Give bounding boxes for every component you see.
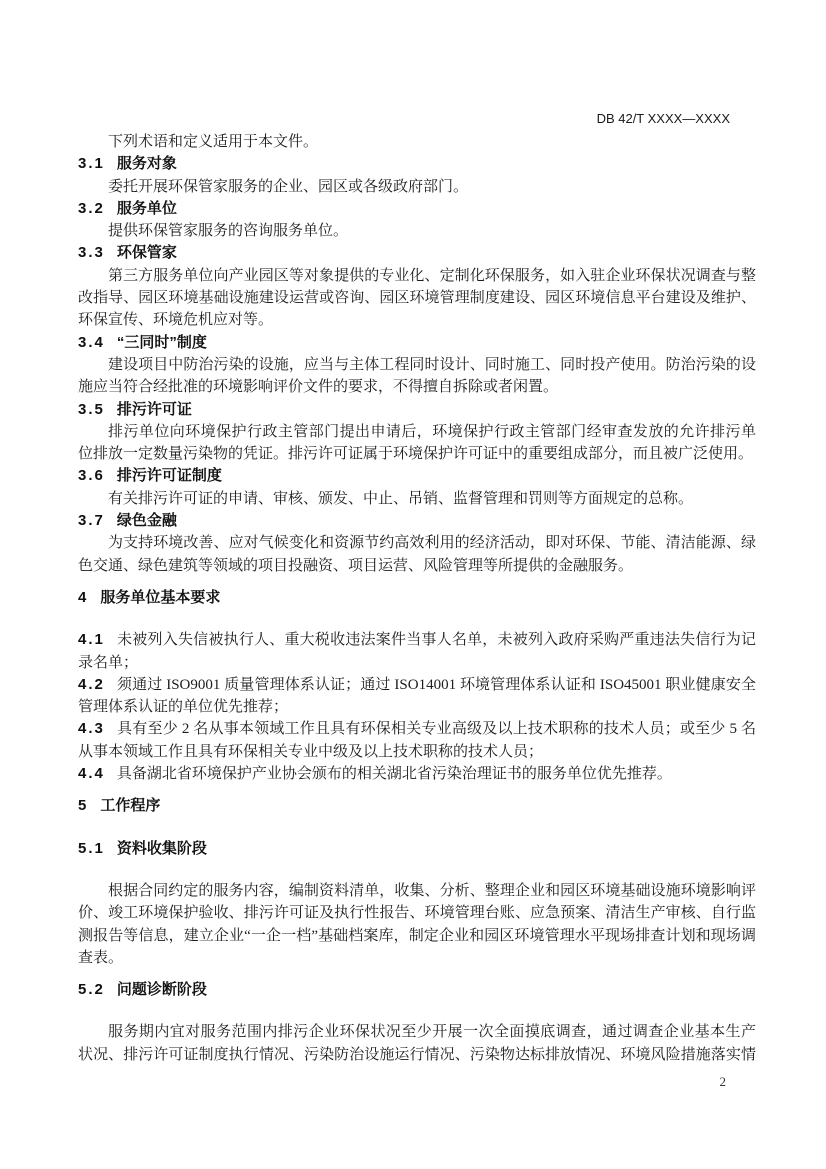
term-number: 3.5 bbox=[78, 401, 105, 418]
term-heading-3-2: 3.2服务单位 bbox=[78, 198, 756, 220]
term-heading-3-1: 3.1服务对象 bbox=[78, 153, 756, 175]
clause-4-2-line: 管理体系认证的单位优先推荐； bbox=[78, 696, 756, 718]
term-definition-line: 环保宣传、环境危机应对等。 bbox=[78, 309, 756, 331]
page-number: 2 bbox=[0, 1074, 826, 1090]
document-body: 下列术语和定义适用于本文件。 3.1服务对象 委托开展环保管家服务的企业、园区或… bbox=[78, 131, 756, 1066]
term-number: 3.6 bbox=[78, 467, 105, 484]
document-page: DB 42/T XXXX—XXXX 下列术语和定义适用于本文件。 3.1服务对象… bbox=[0, 0, 826, 1169]
term-heading-3-3: 3.3环保管家 bbox=[78, 242, 756, 264]
term-heading-3-4: 3.4“三同时”制度 bbox=[78, 332, 756, 354]
term-definition-line: 为支持环境改善、应对气候变化和资源节约高效利用的经济活动，即对环保、节能、清洁能… bbox=[78, 532, 756, 554]
term-title: 服务对象 bbox=[117, 155, 177, 172]
term-definition-line: 建设项目中防治污染的设施，应当与主体工程同时设计、同时施工、同时投产使用。防治污… bbox=[78, 354, 756, 376]
clause-number: 4.2 bbox=[78, 676, 105, 693]
term-definition-line: 改指导、园区环境基础设施建设运营或咨询、园区环境管理制度建设、园区环境信息平台建… bbox=[78, 287, 756, 309]
clause-4-3-line: 4.3具有至少 2 名从事本领域工作且具有环保相关专业高级及以上技术职称的技术人… bbox=[78, 718, 756, 740]
subsection-title: 资料收集阶段 bbox=[117, 840, 207, 857]
term-title: 环保管家 bbox=[117, 244, 177, 261]
section-title: 工作程序 bbox=[100, 797, 160, 814]
section-5-heading: 5工作程序 bbox=[78, 795, 756, 817]
term-heading-3-6: 3.6排污许可证制度 bbox=[78, 465, 756, 487]
section-number: 4 bbox=[78, 589, 88, 606]
subsection-number: 5.1 bbox=[78, 840, 105, 857]
clause-text: 具备湖北省环境保护产业协会颁布的相关湖北省污染治理证书的服务单位优先推荐。 bbox=[117, 766, 672, 782]
term-number: 3.1 bbox=[78, 155, 105, 172]
clause-4-4-line: 4.4具备湖北省环境保护产业协会颁布的相关湖北省污染治理证书的服务单位优先推荐。 bbox=[78, 763, 756, 785]
subsection-5-2-heading: 5.2问题诊断阶段 bbox=[78, 979, 756, 1001]
term-definition-line: 委托开展环保管家服务的企业、园区或各级政府部门。 bbox=[78, 176, 756, 198]
term-definition-line: 排污单位向环境保护行政主管部门提出申请后，环境保护行政主管部门经审查发放的允许排… bbox=[78, 421, 756, 443]
term-heading-3-5: 3.5排污许可证 bbox=[78, 399, 756, 421]
term-title: 服务单位 bbox=[117, 200, 177, 217]
paragraph-line: 价、竣工环境保护验收、排污许可证及执行性报告、环境管理台账、应急预案、清洁生产审… bbox=[78, 902, 756, 924]
term-definition-line: 位排放一定数量污染物的凭证。排污许可证属于环境保护许可证中的重要组成部分，而且被… bbox=[78, 443, 756, 465]
section-number: 5 bbox=[78, 797, 88, 814]
paragraph-line: 根据合同约定的服务内容，编制资料清单，收集、分析、整理企业和园区环境基础设施环境… bbox=[78, 880, 756, 902]
paragraph-line: 查表。 bbox=[78, 947, 756, 969]
subsection-number: 5.2 bbox=[78, 981, 105, 998]
term-definition-line: 第三方服务单位向产业园区等对象提供的专业化、定制化环保服务，如入驻企业环保状况调… bbox=[78, 265, 756, 287]
clause-text: 具有至少 2 名从事本领域工作且具有环保相关专业高级及以上技术职称的技术人员；或… bbox=[117, 721, 756, 737]
paragraph-line: 状况、排污许可证制度执行情况、污染防治设施运行情况、污染物达标排放情况、环境风险… bbox=[78, 1044, 756, 1066]
term-heading-3-7: 3.7绿色金融 bbox=[78, 510, 756, 532]
term-definition-line: 施应当符合经批准的环境影响评价文件的要求，不得擅自拆除或者闲置。 bbox=[78, 376, 756, 398]
term-definition-line: 色交通、绿色建筑等领域的项目投融资、项目运营、风险管理等所提供的金融服务。 bbox=[78, 555, 756, 577]
paragraph-line: 测报告等信息，建立企业“一企一档”基础档案库，制定企业和园区环境管理水平现场排查… bbox=[78, 925, 756, 947]
clause-number: 4.4 bbox=[78, 765, 105, 782]
clause-text: 须通过 ISO9001 质量管理体系认证；通过 ISO14001 环境管理体系认… bbox=[117, 677, 756, 693]
clause-4-1-line: 录名单； bbox=[78, 652, 756, 674]
section-title: 服务单位基本要求 bbox=[100, 589, 220, 606]
clause-4-1-line: 4.1未被列入失信被执行人、重大税收违法案件当事人名单，未被列入政府采购严重违法… bbox=[78, 629, 756, 651]
paragraph-line: 服务期内宜对服务范围内排污企业环保状况至少开展一次全面摸底调查，通过调查企业基本… bbox=[78, 1021, 756, 1043]
term-definition-line: 有关排污许可证的申请、审核、颁发、中止、吊销、监督管理和罚则等方面规定的总称。 bbox=[78, 488, 756, 510]
term-number: 3.7 bbox=[78, 512, 105, 529]
clause-number: 4.1 bbox=[78, 631, 105, 648]
clause-4-3-line: 从事本领域工作且具有环保相关专业中级及以上技术职称的技术人员； bbox=[78, 741, 756, 763]
term-number: 3.3 bbox=[78, 244, 105, 261]
term-number: 3.2 bbox=[78, 200, 105, 217]
section-4-heading: 4服务单位基本要求 bbox=[78, 587, 756, 609]
term-number: 3.4 bbox=[78, 334, 105, 351]
clause-number: 4.3 bbox=[78, 720, 105, 737]
subsection-5-1-heading: 5.1资料收集阶段 bbox=[78, 838, 756, 860]
terms-intro-line: 下列术语和定义适用于本文件。 bbox=[78, 131, 756, 153]
term-title: “三同时”制度 bbox=[117, 334, 207, 351]
clause-4-2-line: 4.2须通过 ISO9001 质量管理体系认证；通过 ISO14001 环境管理… bbox=[78, 674, 756, 696]
clause-text: 未被列入失信被执行人、重大税收违法案件当事人名单，未被列入政府采购严重违法失信行… bbox=[117, 632, 756, 648]
subsection-title: 问题诊断阶段 bbox=[117, 981, 207, 998]
term-title: 绿色金融 bbox=[117, 512, 177, 529]
term-title: 排污许可证制度 bbox=[117, 467, 222, 484]
doc-code: DB 42/T XXXX—XXXX bbox=[0, 111, 730, 126]
term-definition-line: 提供环保管家服务的咨询服务单位。 bbox=[78, 220, 756, 242]
term-title: 排污许可证 bbox=[117, 401, 192, 418]
